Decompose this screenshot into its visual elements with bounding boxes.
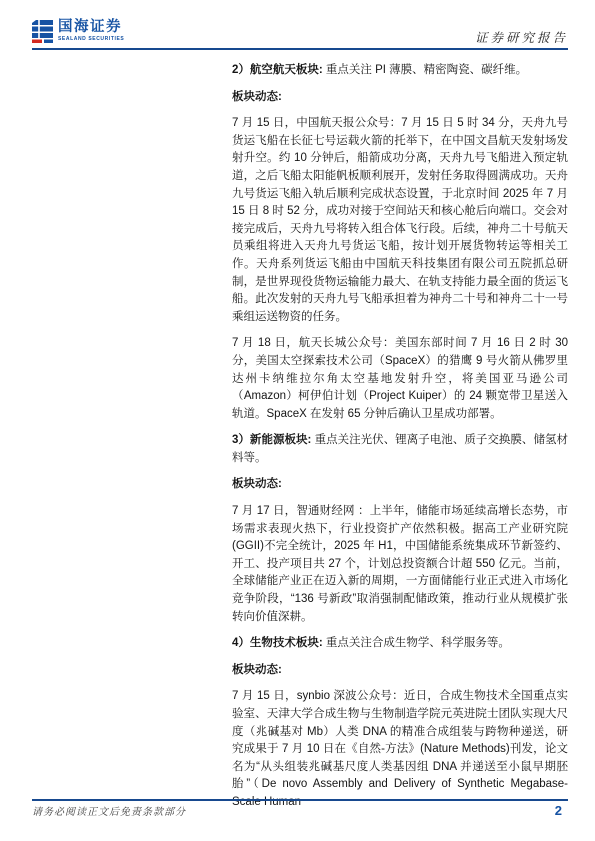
heading-label: 2）航空航天板块: — [232, 64, 323, 76]
page-header: 国海证券 SEALAND SECURITIES 证券研究报告 — [32, 20, 568, 48]
heading-label: 4）生物技术板块: — [232, 637, 323, 649]
section-subhead: 板块动态: — [232, 662, 568, 680]
brand-name-cn: 国海证券 — [58, 20, 124, 35]
body-paragraph: 7 月 17 日，智通财经网 ：上半年，储能市场延续高增长态势，市场需求表现火热… — [232, 503, 568, 626]
body-paragraph: 7 月 18 日，航天长城公众号：美国东部时间 7 月 16 日 2 时 30 … — [232, 335, 568, 423]
footer-divider — [32, 799, 568, 801]
report-body: 2）航空航天板块: 重点关注 PI 薄膜、精密陶瓷、碳纤维。板块动态:7 月 1… — [232, 62, 568, 821]
report-type-label: 证券研究报告 — [475, 28, 568, 48]
body-paragraph: 7 月 15 日，中国航天报公众号：7 月 15 日 5 时 34 分，天舟九号… — [232, 115, 568, 326]
sealand-logo-icon — [32, 20, 53, 48]
report-page: 国海证券 SEALAND SECURITIES 证券研究报告 2）航空航天板块:… — [0, 0, 595, 841]
section-heading: 2）航空航天板块: 重点关注 PI 薄膜、精密陶瓷、碳纤维。 — [232, 62, 568, 80]
header-divider — [32, 48, 568, 50]
heading-label: 板块动态: — [232, 664, 282, 676]
brand-logo: 国海证券 SEALAND SECURITIES — [32, 20, 124, 48]
heading-label: 板块动态: — [232, 91, 282, 103]
heading-label: 3）新能源板块: — [232, 434, 311, 446]
footer-disclaimer: 请务必阅读正文后免责条款部分 — [32, 803, 186, 818]
heading-text: 重点关注 PI 薄膜、精密陶瓷、碳纤维。 — [323, 64, 527, 76]
page-number: 2 — [555, 803, 568, 818]
section-heading: 4）生物技术板块: 重点关注合成生物学、科学服务等。 — [232, 635, 568, 653]
heading-label: 板块动态: — [232, 478, 282, 490]
brand-name-en: SEALAND SECURITIES — [58, 37, 124, 42]
heading-text: 重点关注合成生物学、科学服务等。 — [323, 637, 510, 649]
section-heading: 3）新能源板块: 重点关注光伏、锂离子电池、质子交换膜、储氢材料等。 — [232, 432, 568, 467]
brand-text: 国海证券 SEALAND SECURITIES — [58, 20, 124, 42]
body-paragraph: 7 月 15 日，synbio 深波公众号：近日，合成生物技术全国重点实验室、天… — [232, 688, 568, 811]
page-footer: 请务必阅读正文后免责条款部分 2 — [32, 803, 568, 818]
section-subhead: 板块动态: — [232, 476, 568, 494]
section-subhead: 板块动态: — [232, 89, 568, 107]
